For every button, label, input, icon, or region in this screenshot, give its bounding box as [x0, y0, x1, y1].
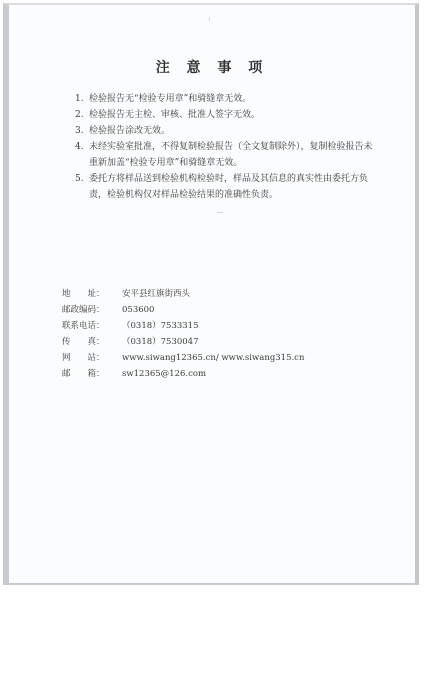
contact-label: 邮政编码： [62, 302, 122, 318]
note-item: 3. 检验报告涂改无效。 [75, 123, 375, 139]
contact-phone: 联系电话： （0318）7533315 [62, 318, 304, 334]
contact-postcode: 邮政编码： 053600 [62, 302, 304, 318]
note-number: 1. [75, 91, 89, 107]
notes-list: 1. 检验报告无“检验专用章”和骑缝章无效。 2. 检验报告无主检、审核、批准人… [75, 91, 375, 203]
contact-label: 网 站： [62, 350, 122, 366]
note-item: 5. 委托方将样品送到检验机构检验时，样品及其信息的真实性由委托方负责，检验机构… [75, 171, 375, 203]
contact-label: 邮 箱： [62, 366, 122, 382]
note-text: 检验报告无主检、审核、批准人签字无效。 [89, 107, 375, 123]
note-text: 委托方将样品送到检验机构检验时，样品及其信息的真实性由委托方负责，检验机构仅对样… [89, 171, 375, 203]
note-text: 未经实验室批准，不得复制检验报告（全文复制除外），复制检验报告未重新加盖“检验专… [89, 139, 375, 171]
scanned-page: 注 意 事 项 1. 检验报告无“检验专用章”和骑缝章无效。 2. 检验报告无主… [3, 3, 419, 585]
contact-label: 地 址： [62, 286, 122, 302]
contact-label: 传 真： [62, 334, 122, 350]
contact-info: 地 址： 安平县红旗街西头 邮政编码： 053600 联系电话： （0318）7… [62, 286, 304, 382]
scan-artifact [209, 17, 210, 21]
note-number: 3. [75, 123, 89, 139]
contact-value: 安平县红旗街西头 [122, 286, 190, 302]
contact-value: www.siwang12365.cn/ www.siwang315.cn [122, 350, 304, 366]
contact-label: 联系电话： [62, 318, 122, 334]
scan-artifact [217, 212, 223, 213]
note-text: 检验报告涂改无效。 [89, 123, 375, 139]
contact-value: （0318）7533315 [122, 318, 199, 334]
note-number: 2. [75, 107, 89, 123]
note-number: 5. [75, 171, 89, 203]
note-item: 4. 未经实验室批准，不得复制检验报告（全文复制除外），复制检验报告未重新加盖“… [75, 139, 375, 171]
contact-value: （0318）7530047 [122, 334, 199, 350]
note-number: 4. [75, 139, 89, 171]
contact-fax: 传 真： （0318）7530047 [62, 334, 304, 350]
contact-email: 邮 箱： sw12365@126.com [62, 366, 304, 382]
contact-address: 地 址： 安平县红旗街西头 [62, 286, 304, 302]
page-title: 注 意 事 项 [9, 57, 415, 77]
contact-value: sw12365@126.com [122, 366, 206, 382]
note-text: 检验报告无“检验专用章”和骑缝章无效。 [89, 91, 375, 107]
contact-website: 网 站： www.siwang12365.cn/ www.siwang315.c… [62, 350, 304, 366]
note-item: 2. 检验报告无主检、审核、批准人签字无效。 [75, 107, 375, 123]
contact-value: 053600 [122, 302, 154, 318]
note-item: 1. 检验报告无“检验专用章”和骑缝章无效。 [75, 91, 375, 107]
